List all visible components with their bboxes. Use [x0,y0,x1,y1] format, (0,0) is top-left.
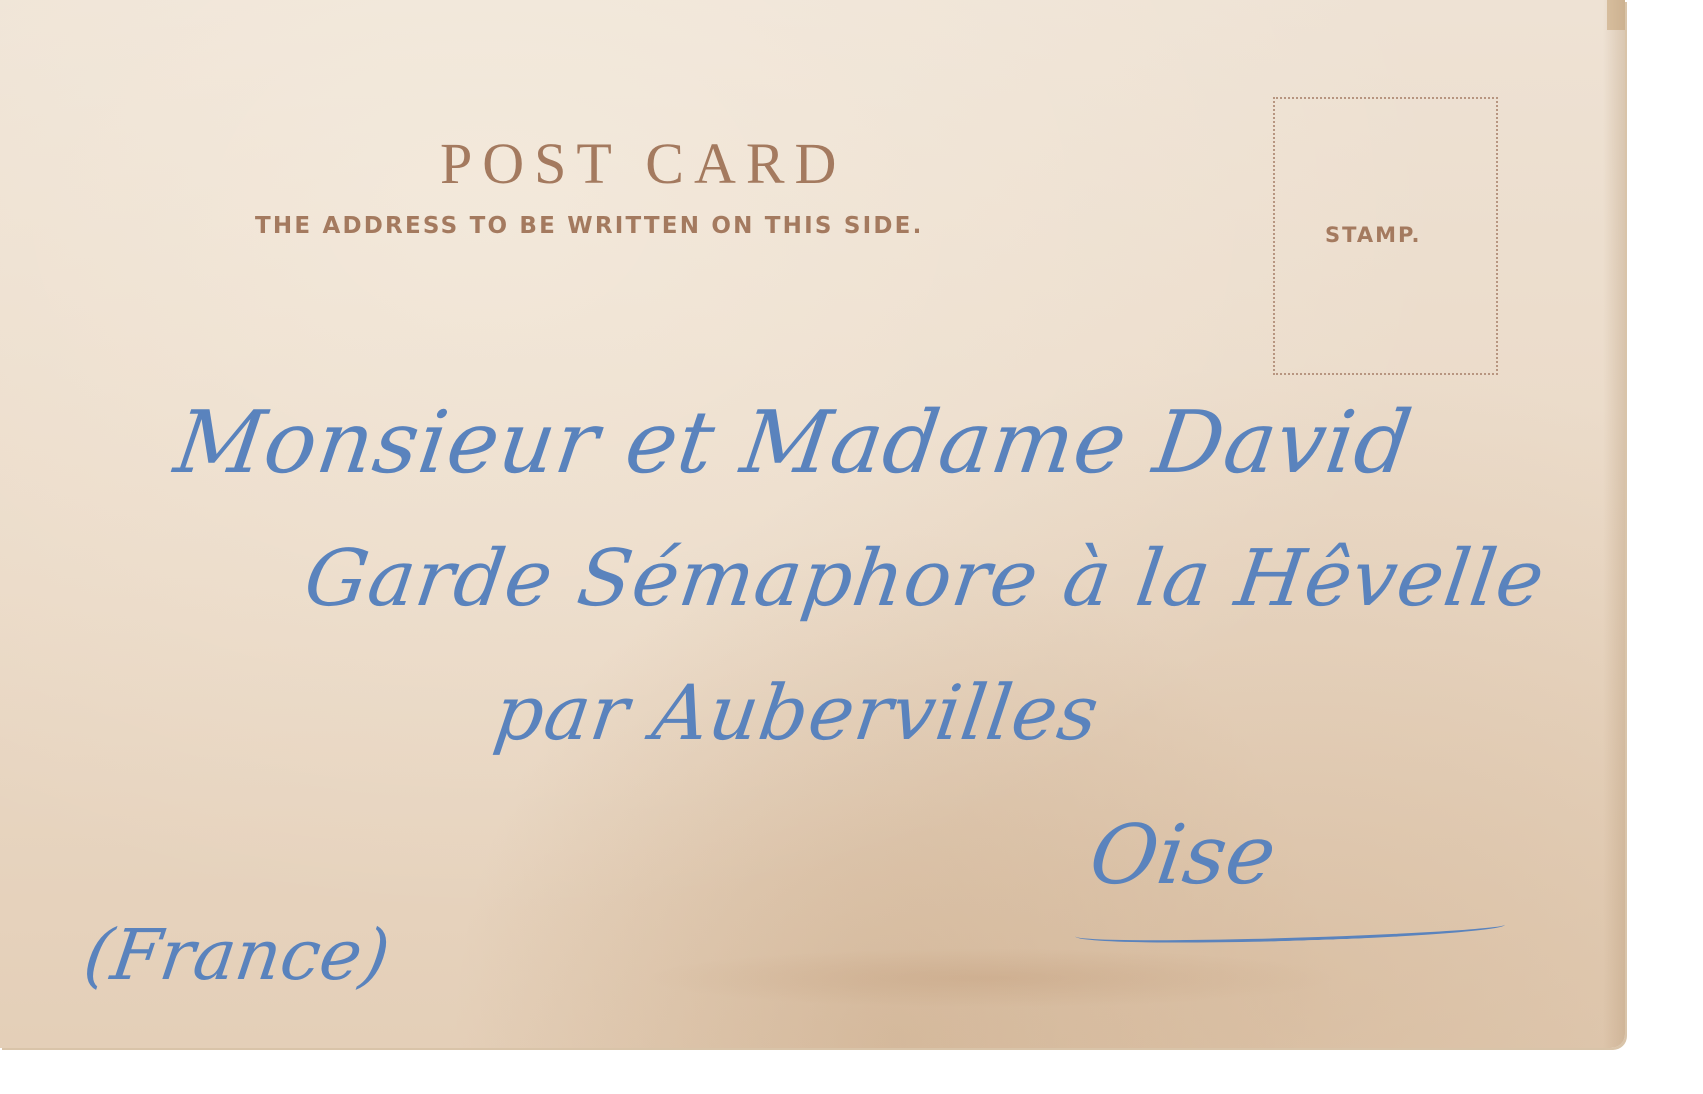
stamp-label: STAMP. [1325,225,1421,246]
address-department: Oise [1085,815,1281,897]
address-recipient: Monsieur et Madame David [170,400,1417,486]
postcard-heading: POST CARD [440,135,846,193]
worn-corner [1607,0,1625,30]
address-line-2: Garde Sémaphore à la Hêvelle [300,540,1549,618]
water-stain [640,948,1340,1008]
postcard: POST CARD THE ADDRESS TO BE WRITTEN ON T… [0,0,1625,1048]
handwritten-underline [1075,913,1505,949]
address-line-3: par Aubervilles [490,675,1104,751]
address-country: (France) [80,920,394,990]
address-instruction: THE ADDRESS TO BE WRITTEN ON THIS SIDE. [255,215,924,238]
